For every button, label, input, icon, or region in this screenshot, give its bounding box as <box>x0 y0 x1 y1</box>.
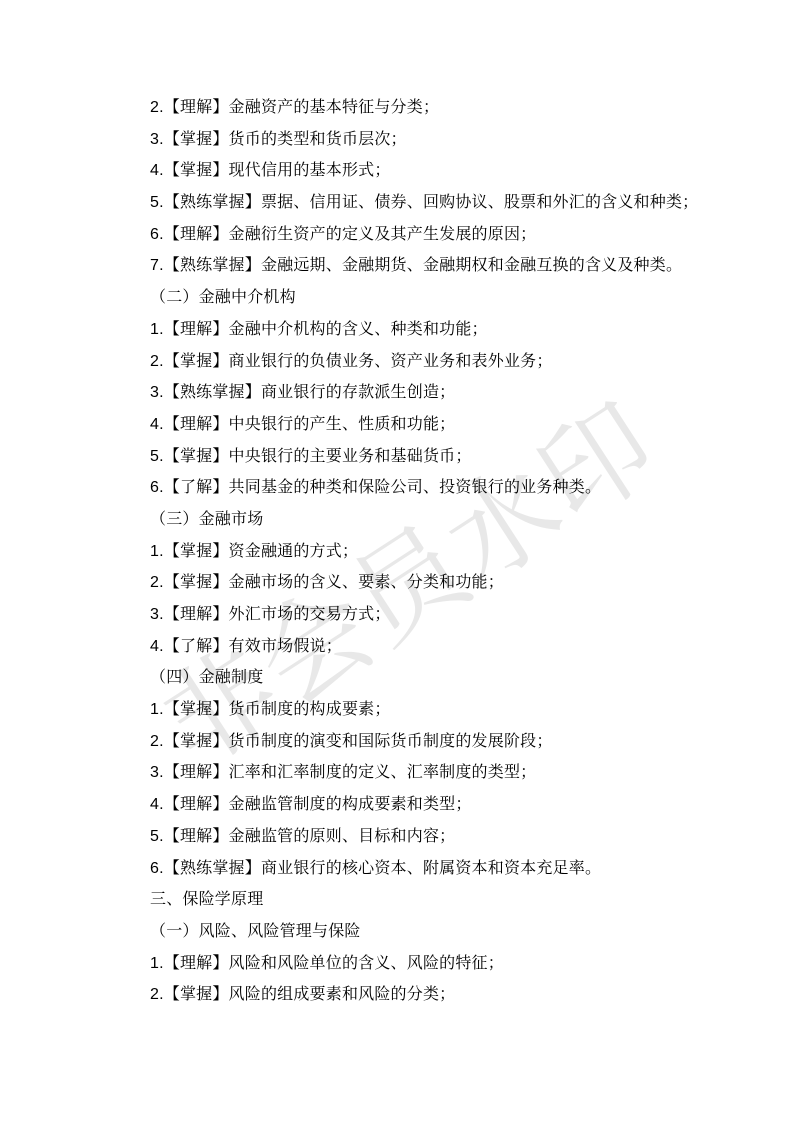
syllabus-item: 2.【掌握】商业银行的负债业务、资产业务和表外业务； <box>150 346 710 378</box>
section-heading: （四）金融制度 <box>150 662 710 694</box>
syllabus-item: 1.【掌握】货币制度的构成要素； <box>150 694 710 726</box>
syllabus-item: 2.【掌握】风险的组成要素和风险的分类； <box>150 979 710 1011</box>
section-heading: （一）风险、风险管理与保险 <box>150 916 710 948</box>
syllabus-item: 5.【熟练掌握】票据、信用证、债券、回购协议、股票和外汇的含义和种类； <box>150 187 710 219</box>
syllabus-item: 2.【掌握】金融市场的含义、要素、分类和功能； <box>150 567 710 599</box>
section-heading: （三）金融市场 <box>150 504 710 536</box>
syllabus-item: 3.【理解】汇率和汇率制度的定义、汇率制度的类型； <box>150 757 710 789</box>
section-heading: （二）金融中介机构 <box>150 282 710 314</box>
syllabus-item: 3.【熟练掌握】商业银行的存款派生创造； <box>150 377 710 409</box>
syllabus-item: 2.【掌握】货币制度的演变和国际货币制度的发展阶段； <box>150 726 710 758</box>
syllabus-item: 2.【理解】金融资产的基本特征与分类； <box>150 92 710 124</box>
syllabus-item: 4.【理解】金融监管制度的构成要素和类型； <box>150 789 710 821</box>
document-page: 非会员水印 2.【理解】金融资产的基本特征与分类；3.【掌握】货币的类型和货币层… <box>0 0 793 1122</box>
syllabus-item: 6.【了解】共同基金的种类和保险公司、投资银行的业务种类。 <box>150 472 710 504</box>
syllabus-item: 1.【理解】风险和风险单位的含义、风险的特征； <box>150 948 710 980</box>
syllabus-item: 6.【理解】金融衍生资产的定义及其产生发展的原因； <box>150 219 710 251</box>
syllabus-item: 5.【掌握】中央银行的主要业务和基础货币； <box>150 441 710 473</box>
chapter-heading: 三、保险学原理 <box>150 884 710 916</box>
syllabus-item: 4.【掌握】现代信用的基本形式； <box>150 155 710 187</box>
syllabus-item: 1.【掌握】资金融通的方式； <box>150 536 710 568</box>
syllabus-item: 7.【熟练掌握】金融远期、金融期货、金融期权和金融互换的含义及种类。 <box>150 250 710 282</box>
document-content: 2.【理解】金融资产的基本特征与分类；3.【掌握】货币的类型和货币层次；4.【掌… <box>150 92 710 1011</box>
syllabus-item: 6.【熟练掌握】商业银行的核心资本、附属资本和资本充足率。 <box>150 853 710 885</box>
syllabus-item: 5.【理解】金融监管的原则、目标和内容； <box>150 821 710 853</box>
syllabus-item: 4.【了解】有效市场假说； <box>150 631 710 663</box>
syllabus-item: 1.【理解】金融中介机构的含义、种类和功能； <box>150 314 710 346</box>
syllabus-item: 3.【掌握】货币的类型和货币层次； <box>150 124 710 156</box>
syllabus-item: 4.【理解】中央银行的产生、性质和功能； <box>150 409 710 441</box>
syllabus-item: 3.【理解】外汇市场的交易方式； <box>150 599 710 631</box>
